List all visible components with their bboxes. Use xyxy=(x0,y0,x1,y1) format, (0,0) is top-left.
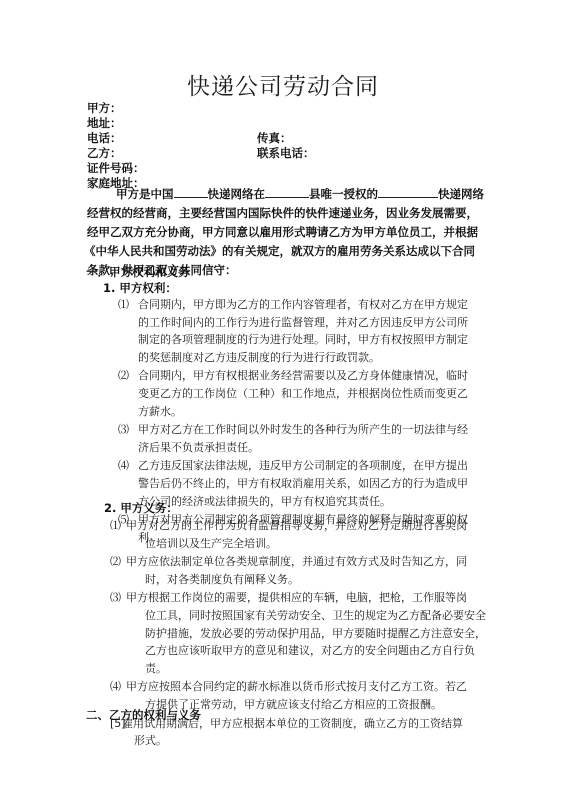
item-number: ⑷ xyxy=(118,457,129,475)
item-line: 乙方违反国家法律法规，违反甲方公司制定的各项制度，在甲方提出 xyxy=(138,457,468,475)
item-number: ⑴ xyxy=(110,517,121,535)
item-line: 甲方应依法制定单位各类规章制度，并通过有效方式及时告知乙方，同 xyxy=(126,553,467,571)
preamble-text: 快递网络 xyxy=(438,187,484,201)
item-line: 时，对各类制度负有阐释义务。 xyxy=(145,571,299,589)
item-line: 甲方根据工作岗位的需要，提供相应的车辆，电脑，把枪，工作服等岗 xyxy=(126,589,467,607)
duties-heading: 2. 甲方义务： xyxy=(104,500,178,516)
preamble-line-4: 《中华人民共和国劳动法》的有关规定，就双方的雇用劳务关系达成以下合同 xyxy=(84,242,475,261)
preamble-line-2: 经营权的经营商，主要经营国内国际快件的快件速递业务，因业务发展需要， xyxy=(87,204,478,223)
item-number: ⑵ xyxy=(110,553,121,571)
preamble-text: 县唯一授权的 xyxy=(309,187,378,201)
field-party-a: 甲方： xyxy=(87,100,122,116)
field-phone: 电话： xyxy=(87,130,122,146)
item-line: 位培训以及生产完全培训。 xyxy=(145,535,277,553)
item-number: ⑷ xyxy=(110,678,121,696)
section-2-heading: 二、乙方的权利与义务 xyxy=(86,707,201,723)
preamble-line-1: 甲方是中国快递网络在县唯一授权的快递网络 xyxy=(116,185,484,204)
blank-county xyxy=(265,186,309,198)
item-line: 警告后仍不终止的，甲方有权取消雇用关系，如因乙方的行为造成甲 xyxy=(138,475,468,493)
item-line: 防护措施，发放必要的劳动保护用品，甲方要随时提醒乙方注意安全， xyxy=(145,625,486,643)
item-line: 位工具，同时按照国家有关劳动安全、卫生的规定为乙方配备必要安全 xyxy=(145,607,486,625)
item-number: ⑶ xyxy=(118,421,129,439)
field-fax: 传真： xyxy=(257,130,292,146)
item-line: 甲方对乙方在工作时间以外时发生的各种行为所产生的一切法律与经 xyxy=(138,421,468,439)
preamble-text: 甲方是中国 xyxy=(116,187,174,201)
document-title: 快递公司劳动合同 xyxy=(0,68,566,101)
item-line: 制定的各项管理制度的行为进行处理。同时，甲方有权按照甲方制定 xyxy=(138,331,468,349)
field-contact-phone: 联系电话： xyxy=(257,145,315,161)
item-line: 济后果不负责承担责任。 xyxy=(138,439,259,457)
preamble-text: 快递网络在 xyxy=(208,187,266,201)
field-party-b: 乙方： xyxy=(87,145,122,161)
item-line: 合同期内，甲方即为乙方的工作内容管理者，有权对乙方在甲方规定 xyxy=(138,296,468,314)
item-line: 责。 xyxy=(145,660,167,678)
blank-brand xyxy=(174,186,208,198)
rights-heading: 1. 甲方权利： xyxy=(103,280,177,296)
blank-network xyxy=(378,186,438,198)
item-line: 的奖惩制度对乙方违反制度的行为进行行政罚款。 xyxy=(138,349,380,367)
item-line: 合同期内，甲方有权根据业务经营需要以及乙方身体健康情况，临时 xyxy=(138,367,468,385)
item-number: ⑵ xyxy=(118,367,129,385)
section-1-heading: 一．甲方权利和义务 xyxy=(86,264,190,280)
field-id-number: 证件号码： xyxy=(87,160,145,176)
item-number: ⑶ xyxy=(110,589,121,607)
preamble-line-3: 经甲乙双方充分协商，甲方同意以雇用形式聘请乙方为甲方单位员工，并根据 xyxy=(87,223,478,242)
item-line: 甲方应按照本合同约定的薪水标准以货币形式按月支付乙方工资。若乙 xyxy=(126,678,467,696)
field-address: 地址： xyxy=(87,115,122,131)
item-line: 变更乙方的工作岗位（工种）和工作地点，并根据岗位性质而变更乙 xyxy=(138,385,468,403)
item-line: 甲方对乙方的工作行为负有监督指导义务，并应对乙方定期进行各类岗 xyxy=(126,517,467,535)
item-line: 乙方也应该听取甲方的意见和建议，对乙方的安全问题由乙方自行负 xyxy=(145,642,475,660)
item-line: 形式。 xyxy=(134,732,167,750)
item-line: 的工作时间内的工作行为进行监督管理，并对乙方因违反甲方公司所 xyxy=(138,314,468,332)
item-number: ⑴ xyxy=(118,296,129,314)
item-line: 方薪水。 xyxy=(138,403,182,421)
